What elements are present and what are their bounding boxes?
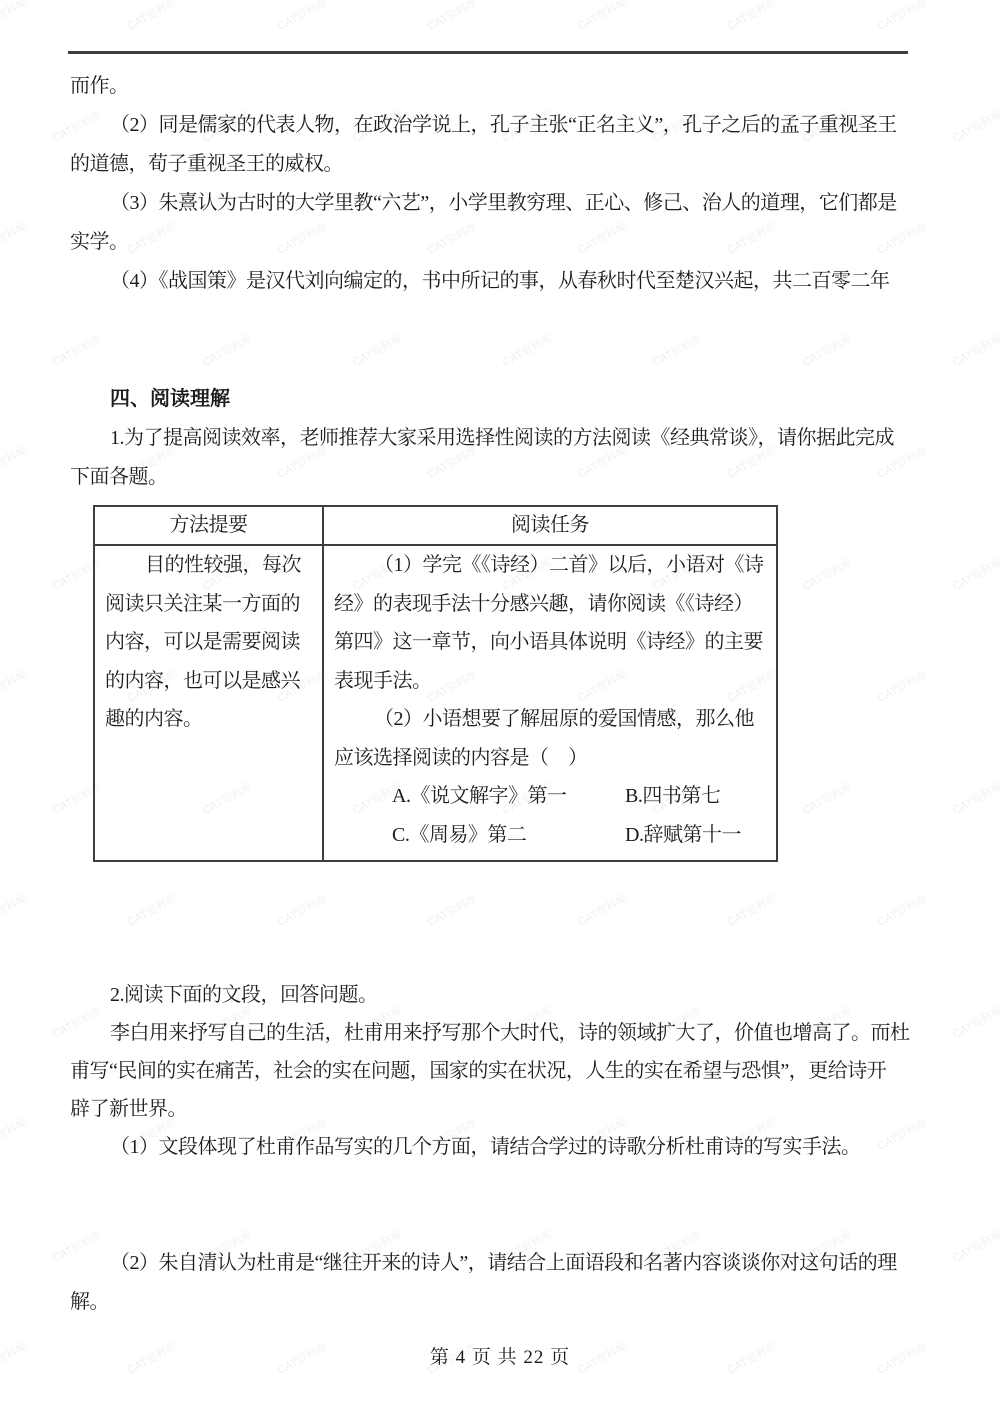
watermark-text: CAT资料库 [874,890,929,930]
watermark-text: CAT资料库 [124,0,179,34]
document-page: CAT资料库CAT资料库CAT资料库CAT资料库CAT资料库CAT资料库CAT资… [0,0,1000,1414]
table-header-row: 方法提要 阅读任务 [95,507,776,546]
text-line: 表现手法。 [334,662,766,701]
watermark-text: CAT资料库 [649,330,704,370]
watermark-text: CAT资料库 [0,666,30,706]
watermark-text: CAT资料库 [424,0,479,34]
intro-paragraphs: 而作。 （2）同是儒家的代表人物，在政治学说上，孔子主张“正名主义”，孔子之后的… [70,67,938,301]
text-line: 内容，可以是需要阅读 [105,623,312,662]
watermark-text: CAT资料库 [0,0,30,34]
watermark-text: CAT资料库 [49,330,104,370]
watermark-text: CAT资料库 [799,778,854,818]
text-line: 李白用来抒写自己的生活，杜甫用来抒写那个大时代，诗的领域扩大了，价值也增高了。而… [70,1014,938,1052]
text-line: 而作。 [70,67,938,106]
watermark-text: CAT资料库 [0,442,30,482]
page-number: 第 4 页 共 22 页 [0,1338,1000,1378]
header-rule [68,51,908,54]
watermark-text: CAT资料库 [349,330,404,370]
text-line: （3）朱熹认为古时的大学里教“六艺”，小学里教穷理、正心、修己、治人的道理，它们… [70,184,938,223]
watermark-text: CAT资料库 [949,1226,1000,1266]
watermark-text: CAT资料库 [949,778,1000,818]
watermark-text: CAT资料库 [0,218,30,258]
option-row: A.《说文解字》第一B.四书第七 [334,777,766,816]
option-d: D.辞赋第十一 [625,824,741,846]
watermark-text: CAT资料库 [949,1002,1000,1042]
watermark-text: CAT资料库 [0,890,30,930]
text-line: 解。 [70,1283,938,1322]
text-line: 的内容，也可以是感兴 [105,662,312,701]
text-line: 1.为了提高阅读效率，老师推荐大家采用选择性阅读的方法阅读《经典常谈》，请你据此… [70,419,938,458]
table-header-method: 方法提要 [95,507,324,544]
text-line: （4）《战国策》是汉代刘向编定的，书中所记的事，从春秋时代至楚汉兴起，共二百零二… [70,262,938,301]
text-line: 的道德，荀子重视圣王的威权。 [70,145,938,184]
reading-task-table: 方法提要 阅读任务 目的性较强，每次 阅读只关注某一方面的 内容，可以是需要阅读… [93,505,778,862]
text-line: （2）朱自清认为杜甫是“继往开来的诗人”，请结合上面语段和名著内容谈谈你对这句话… [70,1244,938,1283]
watermark-text: CAT资料库 [0,1114,30,1154]
text-line: 甫写“民间的实在痛苦，社会的实在问题，国家的实在状况，人生的实在希望与恐惧”，更… [70,1052,938,1090]
text-line: 经》的表现手法十分感兴趣，请你阅读《《诗经） [334,585,766,624]
text-line: 阅读只关注某一方面的 [105,585,312,624]
watermark-text: CAT资料库 [424,890,479,930]
question-2b-block: （2）朱自清认为杜甫是“继往开来的诗人”，请结合上面语段和名著内容谈谈你对这句话… [70,1244,938,1322]
watermark-text: CAT资料库 [199,330,254,370]
watermark-text: CAT资料库 [274,890,329,930]
text-line: （1）学完《《诗经）二首》以后，小语对《诗 [334,546,766,585]
watermark-text: CAT资料库 [874,666,929,706]
watermark-text: CAT资料库 [874,0,929,34]
option-row: C.《周易》第二D.辞赋第十一 [334,816,766,855]
text-line: 实学。 [70,223,938,262]
watermark-text: CAT资料库 [274,0,329,34]
text-line: 目的性较强，每次 [105,546,312,585]
option-a: A.《说文解字》第一 [392,777,625,816]
question-2-block: 2.阅读下面的文段，回答问题。 李白用来抒写自己的生活，杜甫用来抒写那个大时代，… [70,976,938,1166]
text-line: 应该选择阅读的内容是（ ） [334,739,766,778]
watermark-text: CAT资料库 [799,554,854,594]
text-line: 趣的内容。 [105,700,312,739]
section-heading: 四、阅读理解 [70,380,938,419]
text-line: （2）小语想要了解屈原的爱国情感，那么他 [334,700,766,739]
text-line: （1）文段体现了杜甫作品写实的几个方面，请结合学过的诗歌分析杜甫诗的写实手法。 [70,1128,938,1166]
watermark-text: CAT资料库 [124,890,179,930]
watermark-text: CAT资料库 [949,330,1000,370]
watermark-text: CAT资料库 [949,106,1000,146]
text-line: 第四》这一章节，向小语具体说明《诗经》的主要 [334,623,766,662]
watermark-text: CAT资料库 [724,0,779,34]
table-cell-method: 目的性较强，每次 阅读只关注某一方面的 内容，可以是需要阅读 的内容，也可以是感… [95,546,324,860]
text-line: 辟了新世界。 [70,1090,938,1128]
watermark-text: CAT资料库 [724,890,779,930]
watermark-text: CAT资料库 [574,0,629,34]
text-line: 2.阅读下面的文段，回答问题。 [70,976,938,1014]
text-line: （2）同是儒家的代表人物，在政治学说上，孔子主张“正名主义”，孔子之后的孟子重视… [70,106,938,145]
watermark-text: CAT资料库 [574,890,629,930]
watermark-text: CAT资料库 [499,330,554,370]
option-c: C.《周易》第二 [392,816,625,855]
text-line: 下面各题。 [70,458,938,497]
table-header-task: 阅读任务 [324,507,776,544]
table-body-row: 目的性较强，每次 阅读只关注某一方面的 内容，可以是需要阅读 的内容，也可以是感… [95,546,776,860]
table-cell-task: （1）学完《《诗经）二首》以后，小语对《诗 经》的表现手法十分感兴趣，请你阅读《… [324,546,776,860]
option-b: B.四书第七 [625,785,720,807]
watermark-text: CAT资料库 [949,554,1000,594]
watermark-text: CAT资料库 [799,330,854,370]
section-reading-comprehension: 四、阅读理解 1.为了提高阅读效率，老师推荐大家采用选择性阅读的方法阅读《经典常… [70,380,938,497]
